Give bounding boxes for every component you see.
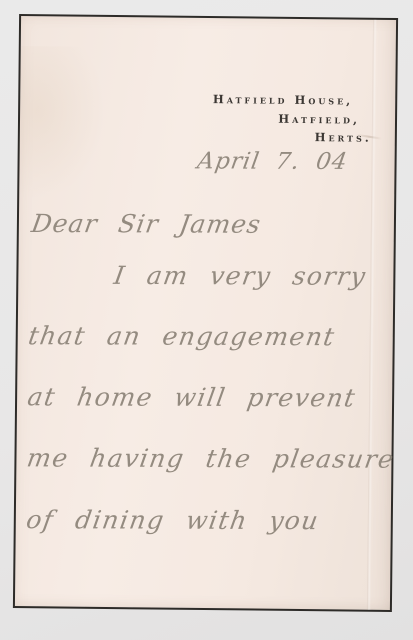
- letterhead-line-2: Hatfield,: [278, 112, 360, 127]
- handwritten-body-line: of dining with you: [24, 505, 321, 535]
- handwritten-body-line: me having the pleasure: [25, 443, 397, 473]
- paper-fold-crease: [367, 20, 377, 610]
- photo-background: Hatfield House, Hatfield, Herts. April 7…: [0, 0, 413, 640]
- handwritten-date: April 7. 04: [195, 148, 349, 174]
- letter-paper: Hatfield House, Hatfield, Herts. April 7…: [13, 14, 398, 612]
- letterhead-line-3: Herts.: [315, 130, 372, 145]
- handwritten-body-line: at home will prevent: [26, 382, 359, 412]
- paper-crease-smudge: [19, 46, 111, 207]
- handwritten-salutation: Dear Sir James: [29, 209, 263, 239]
- letterhead-line-1: Hatfield House,: [213, 92, 354, 107]
- handwritten-body-line: that an engagement: [26, 321, 337, 351]
- handwritten-body-line: I am very sorry: [112, 261, 369, 291]
